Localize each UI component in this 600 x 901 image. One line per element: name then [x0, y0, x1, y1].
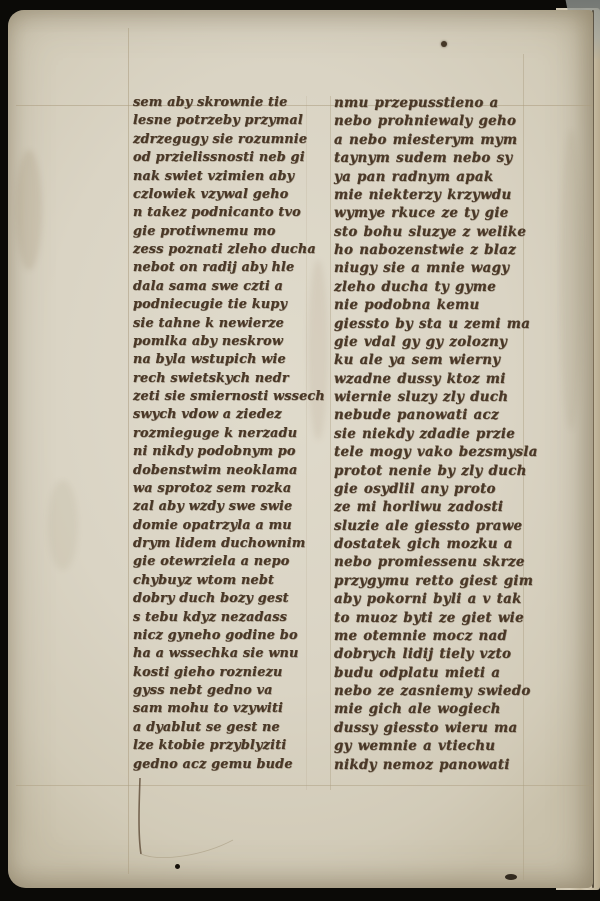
- text-column-left: sem aby skrownie tielesne potrzeby przym…: [133, 94, 315, 774]
- text-line: n takez podnicanto tvo: [133, 204, 315, 223]
- text-line: sluzie ale giessto prawe: [334, 516, 560, 535]
- text-line: pomlka aby neskrow: [133, 333, 315, 352]
- text-line: drym lidem duchownim: [133, 535, 315, 554]
- text-line: mie gich ale wogiech: [334, 700, 560, 719]
- text-line: lze ktobie przyblyziti: [133, 737, 315, 756]
- ink-dot-bottom-left: [175, 864, 180, 869]
- text-line: przygymu retto giest gim: [334, 571, 560, 590]
- text-line: sto bohu sluzye z welike: [334, 222, 560, 241]
- text-line: nikdy nemoz panowati: [334, 755, 560, 774]
- ruling-line-gutter-vertical-b: [330, 96, 331, 790]
- text-line: nebot on radij aby hle: [133, 259, 315, 278]
- text-line: dala sama swe czti a: [133, 277, 315, 296]
- text-line: gie otewrziela a nepo: [133, 553, 315, 572]
- show-through-smudge: [560, 130, 582, 430]
- text-line: nak swiet vzimien aby: [133, 167, 315, 186]
- text-line: ya pan radnym apak: [334, 167, 560, 186]
- text-line: ze mi horliwu zadosti: [334, 498, 560, 517]
- text-line: dobrych lidij tiely vzto: [334, 645, 560, 664]
- text-line: gedno acz gemu bude: [133, 755, 315, 774]
- text-line: mie niekterzy krzywdu: [334, 186, 560, 205]
- text-line: rozmieguge k nerzadu: [133, 424, 315, 443]
- text-line: dostatek gich mozku a: [334, 535, 560, 554]
- text-line: a nebo miesterym mym: [334, 130, 560, 149]
- text-line: nebo promiessenu skrze: [334, 553, 560, 572]
- text-line: na byla wstupich wie: [133, 351, 315, 370]
- ink-dot-top-right: [441, 41, 447, 47]
- ruling-line-bottom-horizontal: [16, 785, 593, 786]
- text-line: ha a wssechka sie wnu: [133, 645, 315, 664]
- text-line: czlowiek vzywal geho: [133, 186, 315, 205]
- text-line: budu odplatu mieti a: [334, 663, 560, 682]
- text-line: zeti sie smiernosti wssech: [133, 388, 315, 407]
- text-line: taynym sudem nebo sy: [334, 149, 560, 168]
- text-line: gie osydlil any proto: [334, 480, 560, 499]
- text-line: zleho ducha ty gyme: [334, 277, 560, 296]
- show-through-smudge: [48, 480, 78, 570]
- text-line: nebo ze zasniemy swiedo: [334, 682, 560, 701]
- text-line: dussy giessto wieru ma: [334, 718, 560, 737]
- text-line: wa sprotoz sem rozka: [133, 480, 315, 499]
- text-line: protot nenie by zly duch: [334, 461, 560, 480]
- text-line: zess poznati zleho ducha: [133, 241, 315, 260]
- text-line: s tebu kdyz nezadass: [133, 608, 315, 627]
- text-line: nebude panowati acz: [334, 406, 560, 425]
- text-line: a dyablut se gest ne: [133, 718, 315, 737]
- text-line: podniecugie tie kupy: [133, 296, 315, 315]
- text-line: niugy sie a mnie wagy: [334, 259, 560, 278]
- text-line: gyss nebt gedno va: [133, 682, 315, 701]
- text-line: sam mohu to vzywiti: [133, 700, 315, 719]
- text-line: dobry duch bozy gest: [133, 590, 315, 609]
- text-line: me otemnie mocz nad: [334, 627, 560, 646]
- text-line: to muoz byti ze giet wie: [334, 608, 560, 627]
- text-line: kosti gieho rozniezu: [133, 663, 315, 682]
- manuscript-page: sem aby skrownie tielesne potrzeby przym…: [8, 10, 593, 888]
- text-line: zal aby wzdy swe swie: [133, 498, 315, 517]
- text-line: ho nabozenstwie z blaz: [334, 241, 560, 260]
- text-line: zdrzegugy sie rozumnie: [133, 130, 315, 149]
- text-line: gie protiwnemu mo: [133, 222, 315, 241]
- text-line: gy wemnie a vtiechu: [334, 737, 560, 756]
- text-line: sie tahne k newierze: [133, 314, 315, 333]
- text-line: nebo prohniewaly geho: [334, 112, 560, 131]
- text-line: rech swietskych nedr: [133, 369, 315, 388]
- text-line: dobenstwim neoklama: [133, 461, 315, 480]
- text-line: nicz gyneho godine bo: [133, 627, 315, 646]
- text-line: nmu przepusstieno a: [334, 94, 560, 113]
- text-line: lesne potrzeby przymal: [133, 112, 315, 131]
- text-line: wiernie sluzy zly duch: [334, 388, 560, 407]
- show-through-smudge: [16, 150, 42, 270]
- text-line: aby pokorni byli a v tak: [334, 590, 560, 609]
- photo-background: sem aby skrownie tielesne potrzeby przym…: [0, 0, 600, 901]
- text-line: swych vdow a ziedez: [133, 406, 315, 425]
- text-line: ku ale ya sem wierny: [334, 351, 560, 370]
- text-line: chybuyz wtom nebt: [133, 571, 315, 590]
- text-line: sie niekdy zdadie przie: [334, 424, 560, 443]
- ruling-line-left-vertical: [128, 28, 129, 874]
- text-line: tele mogy vako bezsmysla: [334, 443, 560, 462]
- text-line: ni nikdy podobnym po: [133, 443, 315, 462]
- text-line: od przielissnosti neb gi: [133, 149, 315, 168]
- text-line: wymye rkuce ze ty gie: [334, 204, 560, 223]
- text-line: giessto by sta u zemi ma: [334, 314, 560, 333]
- text-line: sem aby skrownie tie: [133, 94, 315, 113]
- text-line: gie vdal gy gy zolozny: [334, 333, 560, 352]
- text-column-right: nmu przepusstieno anebo prohniewaly geho…: [334, 94, 560, 774]
- text-line: wzadne dussy ktoz mi: [334, 369, 560, 388]
- text-line: domie opatrzyla a mu: [133, 516, 315, 535]
- text-line: nie podobna kemu: [334, 296, 560, 315]
- binding-notch-mark: [505, 874, 517, 880]
